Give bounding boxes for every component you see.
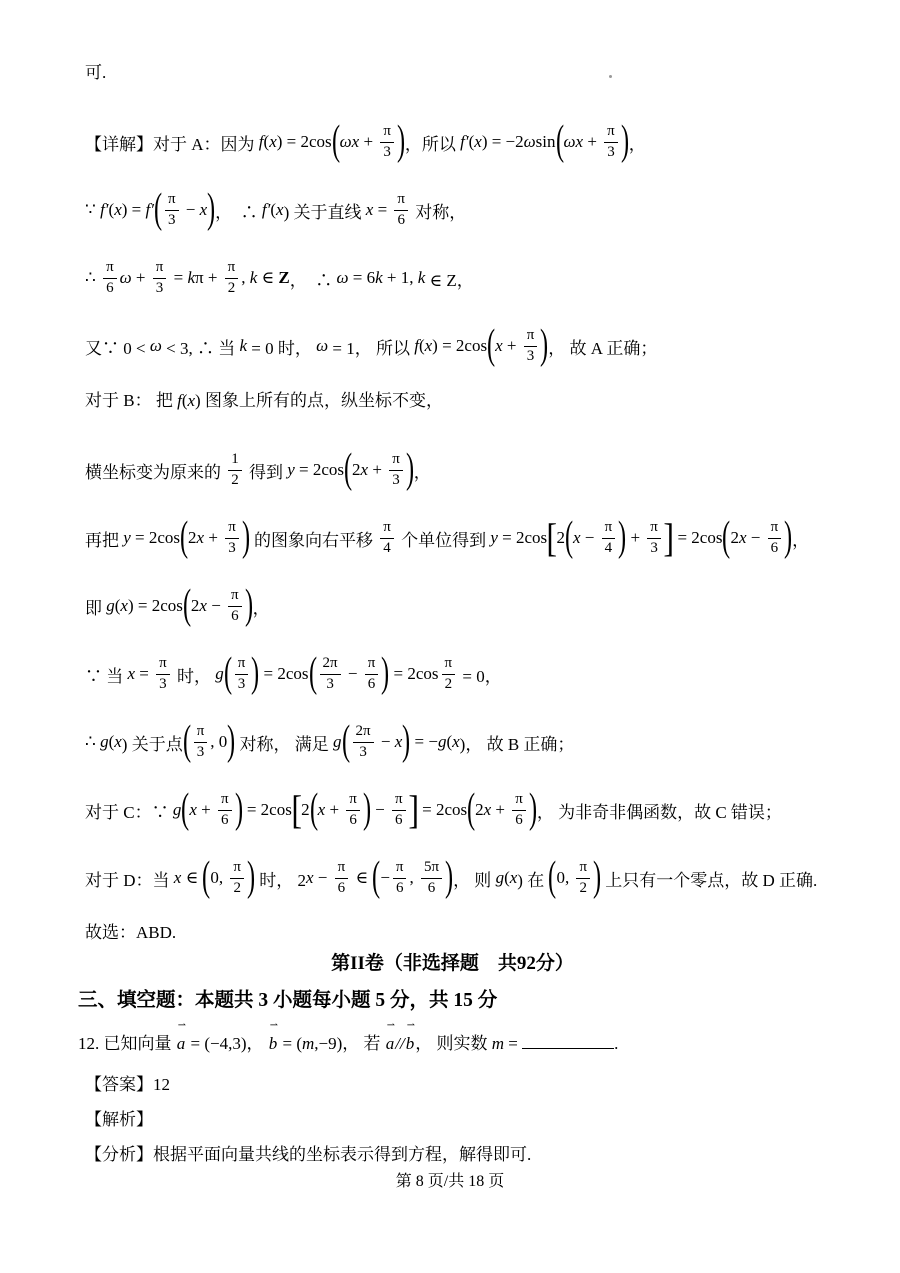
math-variable: f′ [262,200,270,220]
vector-letter: a [386,1034,395,1053]
fraction-denominator: 3 [647,539,661,557]
stray-mark [609,75,612,78]
text-run: = 2cos [259,664,308,684]
text-run: ∴ [85,732,100,752]
big-paren: ) [245,586,253,626]
text-run: ) = 2cos [128,596,183,616]
text-run: − [581,528,599,548]
fraction-denominator: 6 [768,539,782,557]
fraction-denominator: 3 [225,539,239,557]
text-run: = 6 [348,268,375,288]
fraction-denominator: 6 [394,211,408,229]
text-run: ) = 2cos [277,132,332,152]
text-run: = 2cos [131,528,180,548]
text-run: = [135,664,153,684]
math-bold-symbol: Z [278,268,289,288]
vector-a: ⇀a [385,1030,396,1058]
fraction-denominator: 2 [442,675,456,693]
math-variable: g [100,732,109,752]
big-paren: ) [402,722,410,762]
fraction: π6 [218,791,232,829]
math-variable: x [739,528,747,548]
fraction-denominator: 6 [103,279,117,297]
fraction-numerator: π [380,519,394,538]
text-run: ∈ [257,268,278,288]
text-run: . [614,1034,618,1053]
text-run: ∵ 当 [85,662,128,687]
text-run: − [182,200,200,220]
text-run: ∈ [351,868,372,888]
fraction-denominator: 3 [235,675,249,693]
big-paren: ( [310,790,318,830]
fraction: π3 [225,519,239,557]
fraction-numerator: π [235,655,249,674]
big-paren: ) [251,654,259,694]
text-run: + 1, [383,268,418,288]
text-run: + [204,528,222,548]
text-run: , 0 [210,732,227,752]
big-paren: ( [154,190,162,230]
big-paren: ) [784,518,792,558]
fraction-denominator: 2 [576,879,590,897]
line-answer-choice: 故选：ABD. [85,922,850,944]
math-variable: k [375,268,383,288]
text-run: = [504,1034,522,1053]
text-run: 再把 [85,526,123,551]
math-variable: y [123,528,131,548]
fraction: π6 [768,519,782,557]
line-b-conclusion: ∴ g(x) 关于点(π3, 0) 对称， 满足 g(2π3 − x) = −g… [85,718,850,766]
text-run: 12. 已知向量 [78,1034,176,1053]
math-variable: x [306,868,314,888]
fraction: π6 [393,859,407,897]
text-run: 对于 B： 把 [85,391,177,410]
text-run: 时， [173,662,216,687]
text-run: 的图象向右平移 [250,526,378,551]
line-detail-a: 【详解】对于 A：因为 f(x) = 2cos(ωx + π3)，所以 f′(x… [85,118,850,166]
math-variable: x [114,732,122,752]
fraction-numerator: 5π [421,859,442,878]
document-page: 可.【详解】对于 A：因为 f(x) = 2cos(ωx + π3)，所以 f′… [0,0,900,1273]
text-run: = 2cos [418,800,467,820]
text-run: = [373,200,391,220]
math-variable: x [318,800,326,820]
text-run: + [197,800,215,820]
text-run: = 2cos [295,460,344,480]
big-bracket: [ [546,519,557,557]
document-body: 可.【详解】对于 A：因为 f(x) = 2cos(ωx + π3)，所以 f′… [85,62,850,1166]
big-paren: ) [363,790,371,830]
big-paren: ) [227,722,235,762]
text-run: 第II卷（非选择题 共92分） [331,953,574,974]
fraction: π3 [156,655,170,693]
fraction-denominator: 3 [380,143,394,161]
text-run: 时， 2 [255,866,306,891]
math-variable: m [302,1034,314,1053]
fraction-numerator: 1 [228,451,242,470]
vector-b: ⇀b [268,1030,279,1058]
fraction-numerator: π [346,791,360,810]
math-variable: y [490,528,498,548]
big-paren: ( [722,518,730,558]
fraction: π6 [335,859,349,897]
text-run: 可. [85,63,106,82]
vector-letter: b [269,1034,278,1053]
text-run: ) 关于直线 [284,198,366,223]
text-run: = 0， [458,662,502,687]
text-run: ) 在 [517,866,548,891]
big-paren: ( [555,122,563,162]
fraction-numerator: π [194,723,208,742]
fraction-numerator: π [156,655,170,674]
line-derivative-symmetry: ∵ f′(x) = f′(π3 − x)， ∴ f′(x) 关于直线 x = π… [85,186,850,234]
math-variable: g [438,732,447,752]
text-run: 又∵ 0 < [85,334,150,359]
math-variable: x [452,732,460,752]
text-run: 即 [85,594,106,619]
text-run: + [503,336,521,356]
big-paren: ( [180,518,188,558]
text-run: = [169,268,187,288]
big-paren: ( [467,790,475,830]
math-variable: x [189,800,197,820]
text-run: 0, [210,868,227,888]
text-run: ， 则 [453,866,496,891]
text-run: 2 [475,800,484,820]
fraction: π3 [380,123,394,161]
fraction-numerator: π [602,519,616,538]
text-run: 【详解】对于 A：因为 [85,130,259,155]
text-run: + [583,132,601,152]
vector-arrow-icon: ⇀ [407,1021,415,1031]
text-run: 得到 [245,458,288,483]
big-paren: ( [202,858,210,898]
vector-letter: a [177,1034,186,1053]
math-variable: x [128,664,136,684]
fraction-denominator: 3 [320,675,341,693]
fraction: 12 [228,451,242,489]
fraction: π3 [604,123,618,161]
text-run: ) 关于点 [122,730,183,755]
big-paren: ) [445,858,453,898]
fraction-numerator: π [225,259,239,278]
fraction-numerator: π [392,791,406,810]
math-variable: x [188,391,196,410]
big-paren: ( [308,654,316,694]
fraction-denominator: 6 [393,879,407,897]
big-paren: ( [548,858,556,898]
fraction-denominator: 3 [524,347,538,365]
big-paren: ( [183,586,191,626]
big-paren: ) [618,518,626,558]
text-run: 故选：ABD. [85,923,176,942]
big-paren: ( [372,858,380,898]
fraction-numerator: π [442,655,456,674]
text-run: π + [195,268,222,288]
math-variable: ωx [340,132,360,152]
fraction: π2 [576,859,590,897]
math-variable: ω [316,336,328,356]
line-omega-value: 又∵ 0 < ω < 3, ∴ 当 k = 0 时， ω = 1， 所以 f(x… [85,322,850,370]
text-run: 【分析】根据平面向量共线的坐标表示得到方程，解得即可. [85,1145,531,1164]
text-run: 对称， [411,198,466,223]
line-b-intro: 对于 B： 把 f(x) 图象上所有的点，纵坐标不变， [85,390,850,412]
vector-a: ⇀a [176,1030,187,1058]
text-run: 2 [188,528,197,548]
text-run: ， ∴ [290,266,337,291]
big-bracket: [ [291,791,302,829]
vector-arrow-icon: ⇀ [178,1021,186,1031]
fraction: π4 [380,519,394,557]
fraction-denominator: 6 [421,879,442,897]
math-variable: k [418,268,426,288]
text-run: , [241,268,250,288]
fraction-numerator: π [103,259,117,278]
text-run: ，所以 [405,130,460,155]
fraction-numerator: π [512,791,526,810]
big-paren: ) [621,122,629,162]
text-run: ， 则实数 [415,1034,492,1053]
math-variable: m [492,1034,504,1053]
text-run: ) = 2cos [432,336,487,356]
fraction: π6 [346,791,360,829]
line-fenxi: 【分析】根据平面向量共线的坐标表示得到方程，解得即可. [85,1144,850,1166]
fraction: π3 [194,723,208,761]
question-12: 12. 已知向量 ⇀a = (−4,3)， ⇀b = (m,−9)， 若 ⇀a/… [78,1030,850,1058]
fraction: π2 [225,259,239,297]
fraction-numerator: π [335,859,349,878]
text-run: = 2cos [498,528,547,548]
text-run: = 2cos [389,664,438,684]
fraction: π2 [442,655,456,693]
fraction: π3 [235,655,249,693]
text-run: + [325,800,343,820]
fraction: π6 [365,655,379,693]
text-run: ， ∴ [215,198,262,223]
text-run: ， [253,594,270,619]
vector-letter: b [406,1034,415,1053]
fraction-denominator: 2 [230,879,244,897]
text-run: ,−9)， 若 [314,1034,385,1053]
fraction-denominator: 3 [389,471,403,489]
fraction-numerator: π [389,451,403,470]
math-variable: ωx [564,132,584,152]
line-g-value: ∵ 当 x = π3 时， g(π3) = 2cos(2π3 − π6) = 2… [85,650,850,698]
line-b-shift: 再把 y = 2cos(2x + π3) 的图象向右平移 π4 个单位得到 y … [85,514,850,562]
text-run: + [626,528,644,548]
text-run: 2 [556,528,565,548]
text-run: − [314,868,332,888]
big-paren: ) [247,858,255,898]
math-variable: ω [150,336,162,356]
math-variable: x [510,868,518,888]
text-run: + [132,268,150,288]
math-variable: x [484,800,492,820]
line-answer-12: 【答案】12 [85,1074,850,1096]
fraction: 5π6 [421,859,442,897]
math-variable: f′ [146,200,154,220]
text-run: 0, [556,868,573,888]
line-g-definition: 即 g(x) = 2cos(2x − π6)， [85,582,850,630]
text-run: = 0 时， [247,334,316,359]
text-run: ) = [122,200,146,220]
text-run: 上只有一个零点，故 D 正确. [601,866,817,891]
text-run: = 2cos [243,800,292,820]
math-variable: x [361,460,369,480]
fraction-denominator: 4 [380,539,394,557]
text-run: − [207,596,225,616]
big-paren: ( [332,122,340,162]
fraction: π4 [602,519,616,557]
text-run: ∈ [181,868,202,888]
fraction-numerator: π [380,123,394,142]
fraction-numerator: π [647,519,661,538]
text-run: 横坐标变为原来的 [85,458,225,483]
text-run: 2 [730,528,739,548]
text-run: − [746,528,764,548]
fraction-denominator: 3 [353,743,374,761]
text-run: ， 故 A 正确； [548,334,657,359]
math-variable: // [395,1034,404,1053]
math-variable: x [114,200,122,220]
fraction-denominator: 6 [335,879,349,897]
math-variable: g [333,732,342,752]
fraction-numerator: π [393,859,407,878]
math-variable: x [199,596,207,616]
big-paren: ( [341,722,349,762]
text-run: + [359,132,377,152]
math-variable: ω [524,132,536,152]
math-variable: x [269,132,277,152]
fraction: π6 [392,791,406,829]
line-d-analysis: 对于 D：当 x ∈ (0, π2) 时， 2x − π6 ∈ (−π6, 5π… [85,854,850,902]
fraction-denominator: 3 [156,675,170,693]
fraction: π3 [165,191,179,229]
fraction-numerator: π [604,123,618,142]
fraction-denominator: 2 [225,279,239,297]
big-paren: ) [593,858,601,898]
fraction-denominator: 3 [165,211,179,229]
big-paren: ( [565,518,573,558]
fraction-numerator: π [218,791,232,810]
big-paren: ) [235,790,243,830]
fraction-numerator: π [230,859,244,878]
vector-arrow-icon: ⇀ [387,1021,395,1031]
fraction-denominator: 6 [218,811,232,829]
text-run: 对于 D：当 [85,866,174,891]
text-run: ) = −2 [482,132,524,152]
math-variable: x [495,336,503,356]
line-c-analysis: 对于 C：∵ g(x + π6) = 2cos[2(x + π6) − π6] … [85,786,850,834]
fraction-numerator: π [228,587,242,606]
text-run: = 1， 所以 [328,334,414,359]
text-run: = ( [278,1034,302,1053]
fraction-numerator: π [165,191,179,210]
text-run: − [371,800,389,820]
vector-b: ⇀b [405,1030,416,1058]
fraction-numerator: π [225,519,239,538]
answer-blank [522,1032,614,1049]
text-run: ， [792,526,809,551]
big-paren: ) [207,190,215,230]
text-run: − [380,868,390,888]
fraction-denominator: 2 [228,471,242,489]
fraction-denominator: 3 [153,279,167,297]
fraction: π3 [647,519,661,557]
fraction-numerator: π [365,655,379,674]
fraction-denominator: 4 [602,539,616,557]
math-variable: k [239,336,247,356]
text-run: 对称， 满足 [235,730,333,755]
fraction-denominator: 6 [512,811,526,829]
heading-fill-blanks: 三、填空题：本题共 3 小题每小题 5 分，共 15 分 [78,989,850,1012]
text-run: 对于 C：∵ [85,798,173,823]
fraction: π6 [103,259,117,297]
math-variable: f′ [100,200,108,220]
fraction: π3 [524,327,538,365]
fraction: π6 [228,587,242,625]
big-paren: ( [183,722,191,762]
fraction-numerator: π [394,191,408,210]
math-variable: x [174,868,182,888]
fraction: 2π3 [353,723,374,761]
math-variable: x [573,528,581,548]
line-omega-equation: ∴ π6ω + π3 = kπ + π2, k ∈ Z， ∴ ω = 6k + … [85,254,850,302]
math-variable: x [276,200,284,220]
heading-part2: 第II卷（非选择题 共92分） [85,952,820,975]
text-run: )， 故 B 正确； [460,730,575,755]
big-paren: ( [344,450,352,490]
big-paren: ) [406,450,414,490]
text-run: ) 图象上所有的点，纵坐标不变， [195,391,443,410]
big-paren: ) [540,326,548,366]
fraction-denominator: 6 [346,811,360,829]
math-variable: ω [120,268,132,288]
big-paren: ) [397,122,405,162]
fraction-denominator: 6 [392,811,406,829]
math-variable: g [106,596,115,616]
math-variable: x [474,132,482,152]
big-paren: ( [487,326,495,366]
text-run: 个单位得到 [397,526,491,551]
text-run: − [344,664,362,684]
fraction-numerator: π [153,259,167,278]
fraction-numerator: π [576,859,590,878]
text-run: , [409,868,418,888]
fraction: π2 [230,859,244,897]
text-run: − [377,732,395,752]
text-run: ∵ [85,200,100,220]
big-paren: ) [529,790,537,830]
math-variable: x [366,200,374,220]
text-run: ∴ [85,268,100,288]
big-paren: ) [242,518,250,558]
text-run: 三、填空题：本题共 3 小题每小题 5 分，共 15 分 [78,990,497,1011]
text-run: = (−4,3)， [186,1034,268,1053]
fraction-numerator: π [524,327,538,346]
fraction-denominator: 6 [365,675,379,693]
fraction-denominator: 6 [228,607,242,625]
fraction: π6 [512,791,526,829]
math-variable: ω [336,268,348,288]
math-variable: x [197,528,205,548]
fraction: π3 [389,451,403,489]
fraction-numerator: π [768,519,782,538]
big-paren: ( [181,790,189,830]
line-intro-ke: 可. [85,62,850,84]
math-variable: g [215,664,224,684]
text-run: ， [414,458,431,483]
